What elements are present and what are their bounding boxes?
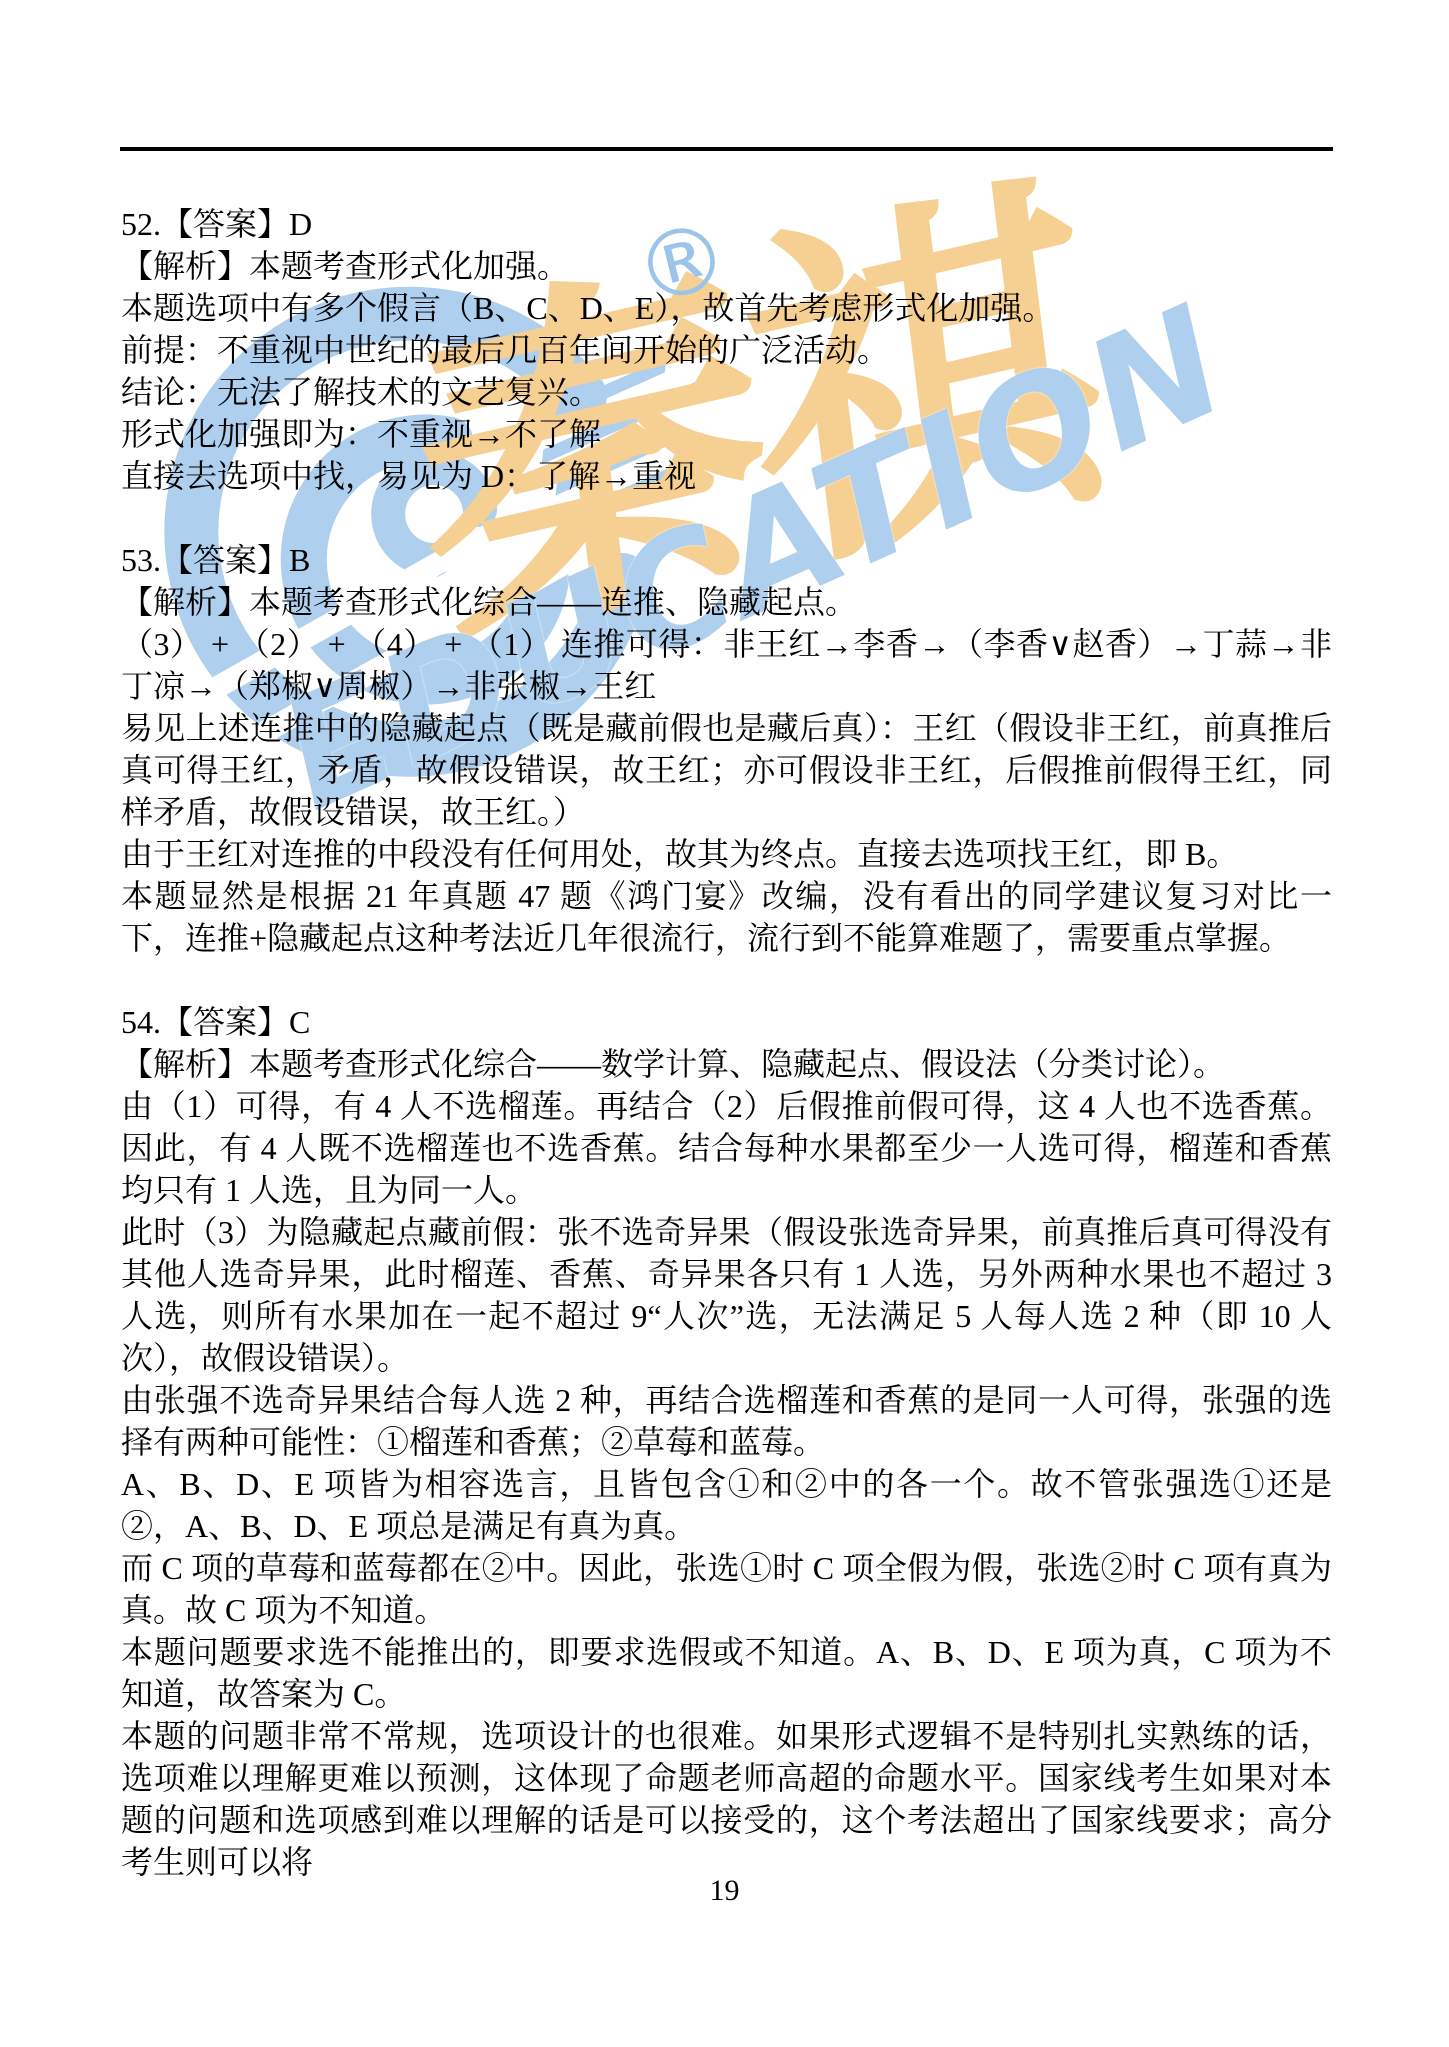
page-number: 19 bbox=[710, 1874, 740, 1907]
question-52-block: 52.【答案】D 【解析】本题考查形式化加强。 本题选项中有多个假言（B、C、D… bbox=[121, 203, 1332, 497]
analysis-paragraph: 本题显然是根据 21 年真题 47 题《鸿门宴》改编，没有看出的同学建议复习对比… bbox=[121, 875, 1332, 959]
analysis-paragraph: 由（1）可得，有 4 人不选榴莲。再结合（2）后假推前假可得，这 4 人也不选香… bbox=[121, 1085, 1332, 1211]
question-53-block: 53.【答案】B 【解析】本题考查形式化综合——连推、隐藏起点。 （3） + （… bbox=[121, 539, 1332, 959]
analysis-paragraph: 本题问题要求选不能推出的，即要求选假或不知道。A、B、D、E 项为真，C 项为不… bbox=[121, 1631, 1332, 1715]
analysis-paragraph: （3） + （2） + （4） + （1） 连推可得：非王红→李香→（李香∨赵香… bbox=[121, 623, 1332, 707]
answer-heading-52: 52.【答案】D bbox=[121, 203, 1332, 245]
analysis-paragraph: A、B、D、E 项皆为相容选言，且皆包含①和②中的各一个。故不管张强选①还是②，… bbox=[121, 1463, 1332, 1547]
analysis-paragraph: 本题的问题非常不常规，选项设计的也很难。如果形式逻辑不是特别扎实熟练的话，选项难… bbox=[121, 1715, 1332, 1883]
analysis-paragraph: 易见上述连推中的隐藏起点（既是藏前假也是藏后真）：王红（假设非王红，前真推后真可… bbox=[121, 707, 1332, 833]
header-rule bbox=[120, 147, 1333, 151]
answer-heading-54: 54.【答案】C bbox=[121, 1001, 1332, 1043]
analysis-paragraph: 前提：不重视中世纪的最后几百年间开始的广泛活动。 bbox=[121, 329, 1332, 371]
analysis-paragraph: 【解析】本题考查形式化综合——连推、隐藏起点。 bbox=[121, 581, 1332, 623]
document-page: 秦祺 EDUCATION ® 52.【答案】D 【解析】本题考查形式化加强。 本… bbox=[0, 0, 1449, 2047]
analysis-paragraph: 而 C 项的草莓和蓝莓都在②中。因此，张选①时 C 项全假为假，张选②时 C 项… bbox=[121, 1547, 1332, 1631]
analysis-paragraph: 形式化加强即为：不重视→不了解 bbox=[121, 413, 1332, 455]
page-footer: 19 bbox=[0, 1876, 1449, 1906]
analysis-paragraph: 【解析】本题考查形式化综合——数学计算、隐藏起点、假设法（分类讨论）。 bbox=[121, 1043, 1332, 1085]
analysis-paragraph: 此时（3）为隐藏起点藏前假：张不选奇异果（假设张选奇异果，前真推后真可得没有其他… bbox=[121, 1211, 1332, 1379]
answer-explanations: 52.【答案】D 【解析】本题考查形式化加强。 本题选项中有多个假言（B、C、D… bbox=[121, 203, 1332, 1883]
analysis-paragraph: 【解析】本题考查形式化加强。 bbox=[121, 245, 1332, 287]
analysis-paragraph: 直接去选项中找，易见为 D：了解→重视 bbox=[121, 455, 1332, 497]
analysis-paragraph: 结论：无法了解技术的文艺复兴。 bbox=[121, 371, 1332, 413]
question-54-block: 54.【答案】C 【解析】本题考查形式化综合——数学计算、隐藏起点、假设法（分类… bbox=[121, 1001, 1332, 1883]
analysis-paragraph: 由张强不选奇异果结合每人选 2 种，再结合选榴莲和香蕉的是同一人可得，张强的选择… bbox=[121, 1379, 1332, 1463]
answer-heading-53: 53.【答案】B bbox=[121, 539, 1332, 581]
analysis-paragraph: 本题选项中有多个假言（B、C、D、E），故首先考虑形式化加强。 bbox=[121, 287, 1332, 329]
analysis-paragraph: 由于王红对连推的中段没有任何用处，故其为终点。直接去选项找王红，即 B。 bbox=[121, 833, 1332, 875]
